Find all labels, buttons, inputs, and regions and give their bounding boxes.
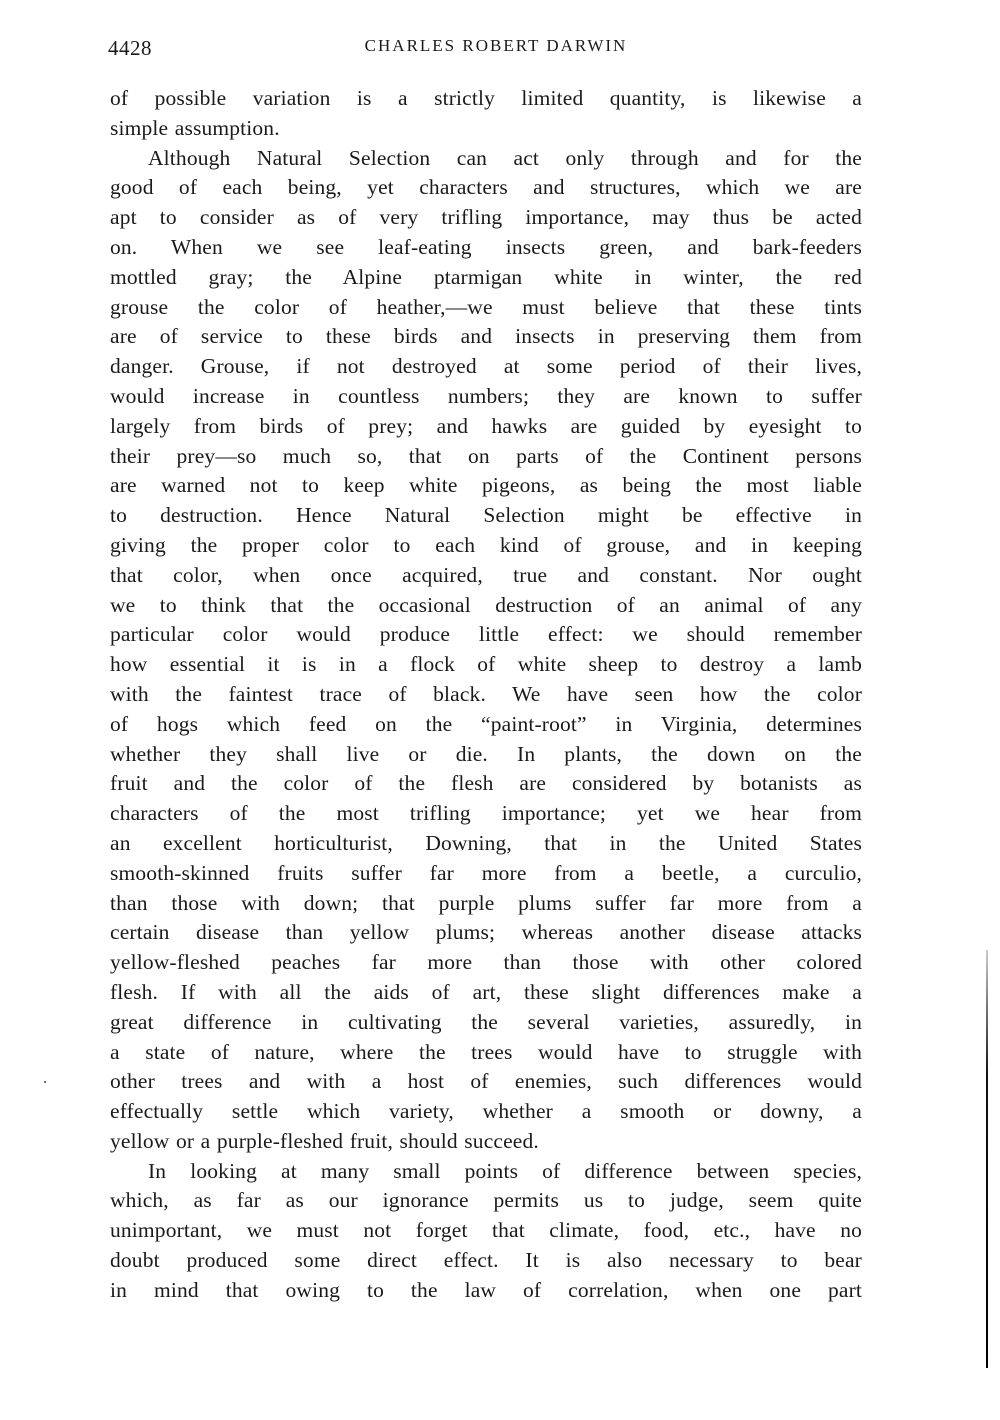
text-line: great difference in cultivating the seve… <box>110 1008 862 1038</box>
text-line: doubt produced some direct effect. It is… <box>110 1246 862 1276</box>
text-line: we to think that the occasional destruct… <box>110 591 862 621</box>
text-line: would increase in countless numbers; the… <box>110 382 862 412</box>
running-head: 4428 CHARLES ROBERT DARWIN <box>108 36 864 66</box>
text-line: particular color would produce little ef… <box>110 620 862 650</box>
body-text: of possible variation is a strictly limi… <box>110 84 862 1306</box>
text-line: largely from birds of prey; and hawks ar… <box>110 412 862 442</box>
text-line: apt to consider as of very trifling impo… <box>110 203 862 233</box>
text-line: in mind that owing to the law of correla… <box>110 1276 862 1306</box>
text-line: are of service to these birds and insect… <box>110 322 862 352</box>
text-line: yellow-fleshed peaches far more than tho… <box>110 948 862 978</box>
text-line: of hogs which feed on the “paint-root” i… <box>110 710 862 740</box>
text-line: that color, when once acquired, true and… <box>110 561 862 591</box>
text-line: effectually settle which variety, whethe… <box>110 1097 862 1127</box>
text-line: which, as far as our ignorance permits u… <box>110 1186 862 1216</box>
scan-speck <box>44 1081 46 1083</box>
text-line: are warned not to keep white pigeons, as… <box>110 471 862 501</box>
text-line: an excellent horticulturist, Downing, th… <box>110 829 862 859</box>
text-line: smooth-skinned fruits suffer far more fr… <box>110 859 862 889</box>
text-line: danger. Grouse, if not destroyed at some… <box>110 352 862 382</box>
scan-edge-line <box>986 950 988 1368</box>
text-line: unimportant, we must not forget that cli… <box>110 1216 862 1246</box>
text-line: their prey—so much so, that on parts of … <box>110 442 862 472</box>
text-line: on. When we see leaf-eating insects gree… <box>110 233 862 263</box>
text-line: fruit and the color of the flesh are con… <box>110 769 862 799</box>
text-line: how essential it is in a flock of white … <box>110 650 862 680</box>
text-line: to destruction. Hence Natural Selection … <box>110 501 862 531</box>
text-line: whether they shall live or die. In plant… <box>110 740 862 770</box>
text-line: of possible variation is a strictly limi… <box>110 84 862 114</box>
running-title: CHARLES ROBERT DARWIN <box>108 36 864 56</box>
text-line: yellow or a purple-fleshed fruit, should… <box>110 1127 862 1157</box>
text-line: grouse the color of heather,—we must bel… <box>110 293 862 323</box>
text-line: flesh. If with all the aids of art, thes… <box>110 978 862 1008</box>
text-line: simple assumption. <box>110 114 862 144</box>
book-page: 4428 CHARLES ROBERT DARWIN of possible v… <box>0 0 1000 1420</box>
text-line: a state of nature, where the trees would… <box>110 1038 862 1068</box>
text-line: good of each being, yet characters and s… <box>110 173 862 203</box>
paragraph-start-line: Although Natural Selection can act only … <box>110 144 862 174</box>
text-line: other trees and with a host of enemies, … <box>110 1067 862 1097</box>
text-line: characters of the most trifling importan… <box>110 799 862 829</box>
text-line: with the faintest trace of black. We hav… <box>110 680 862 710</box>
text-line: giving the proper color to each kind of … <box>110 531 862 561</box>
text-line: than those with down; that purple plums … <box>110 889 862 919</box>
text-line: certain disease than yellow plums; where… <box>110 918 862 948</box>
paragraph-start-line: In looking at many small points of diffe… <box>110 1157 862 1187</box>
text-line: mottled gray; the Alpine ptarmigan white… <box>110 263 862 293</box>
